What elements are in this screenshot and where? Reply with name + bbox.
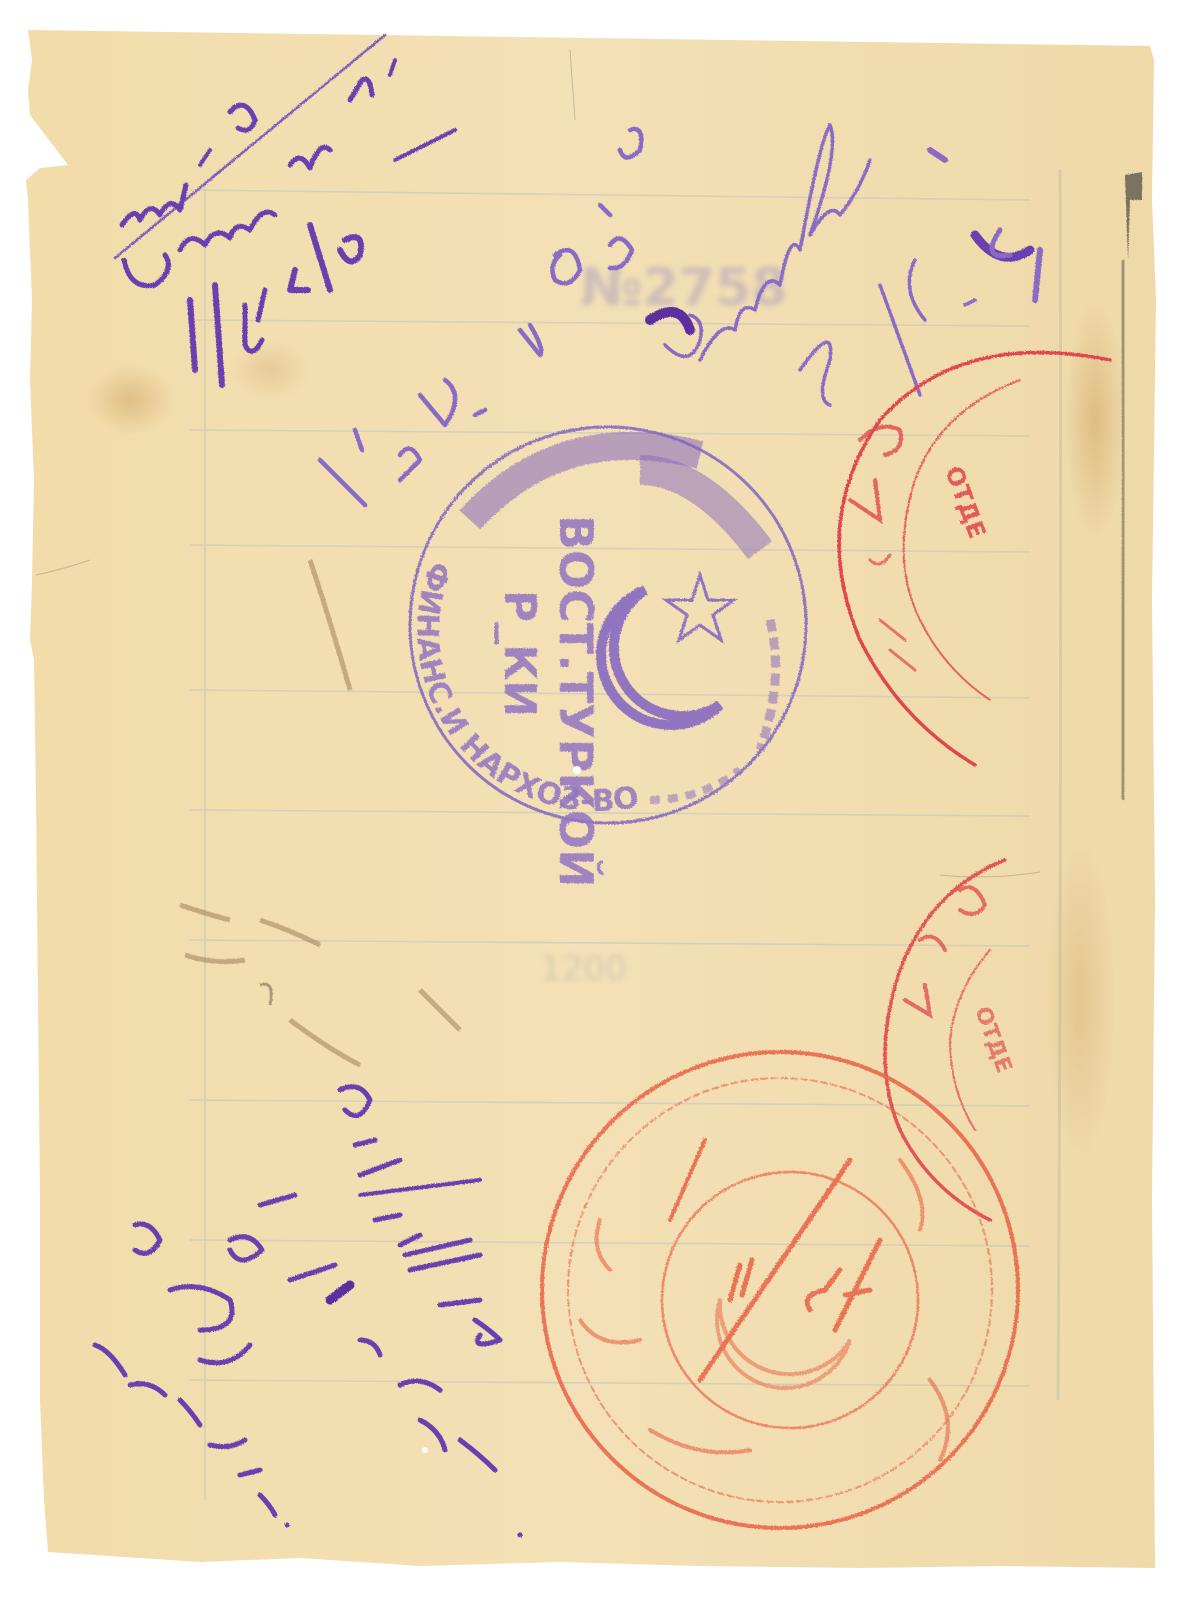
paper-hole [422,1447,428,1453]
paper-hole [573,766,581,774]
faint-number: 1200 [540,949,627,989]
stamp-center-text-2: Р_КИ [494,590,545,717]
scanned-document: №2758 1200 کو رو [0,0,1188,1600]
stamp-center-text-1: ВОСТ.ТУРКОЙ [549,515,603,888]
